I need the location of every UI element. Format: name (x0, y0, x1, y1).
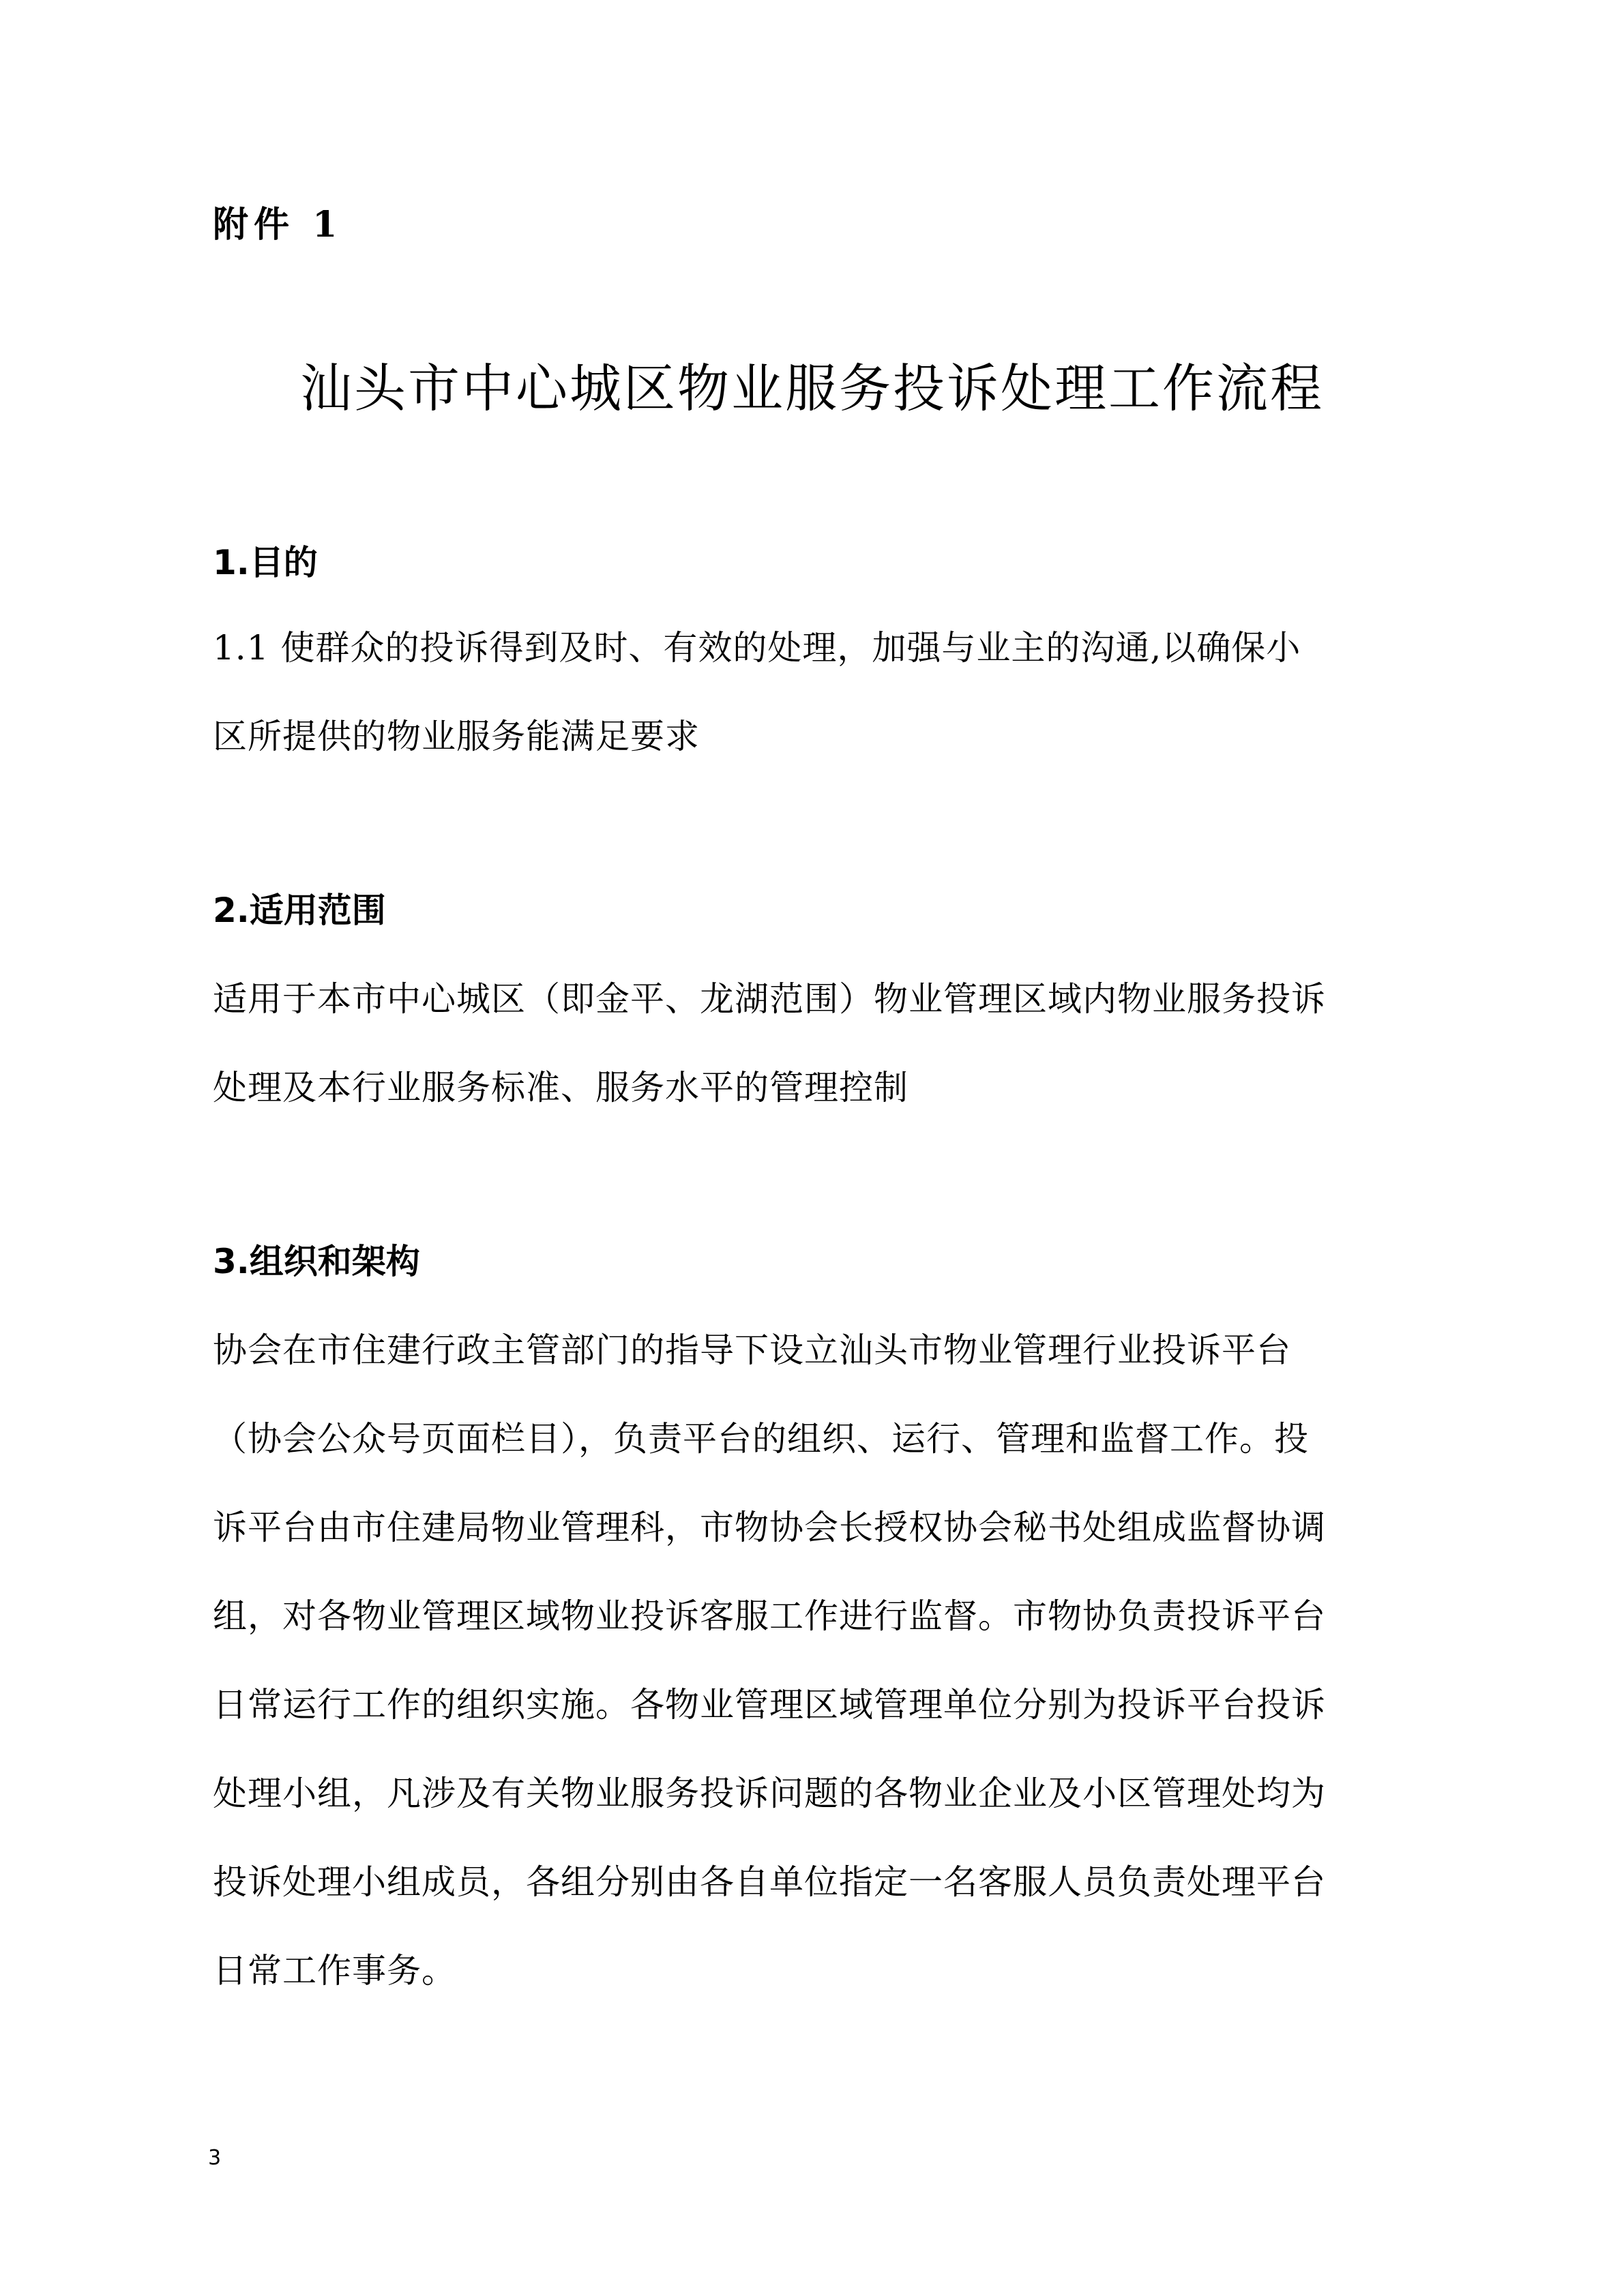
paragraph-line: 组，对各物业管理区域物业投诉客服工作进行监督。市物协负责投诉平台 (213, 1596, 1326, 1637)
paragraph-line: 诉平台由市住建局物业管理科，市物协会长授权协会秘书处组成监督协调 (213, 1507, 1326, 1548)
paragraph-line: （协会公众号页面栏目），负责平台的组织、运行、管理和监督工作。投 (213, 1418, 1309, 1459)
paragraph-line: 投诉处理小组成员，各组分别由各自单位指定一名客服人员负责处理平台 (213, 1862, 1326, 1903)
paragraph-line: 日常运行工作的组织实施。各物业管理区域管理单位分别为投诉平台投诉 (213, 1684, 1326, 1725)
section-heading-scope: 2.适用范围 (213, 890, 386, 931)
paragraph-line: 区所提供的物业服务能满足要求 (213, 716, 700, 757)
paragraph-line: 日常工作事务。 (213, 1950, 456, 1991)
document-title: 汕头市中心城区物业服务投诉处理工作流程 (0, 358, 1624, 419)
paragraph-line: 协会在市住建行政主管部门的指导下设立汕头市物业管理行业投诉平台 (213, 1330, 1291, 1371)
paragraph-line: 1.1 使群众的投诉得到及时、有效的处理，加强与业主的沟通,以确保小 (213, 627, 1301, 668)
attachment-label: 附件 1 (213, 205, 342, 245)
paragraph-line: 适用于本市中心城区（即金平、龙湖范围）物业管理区域内物业服务投诉 (213, 979, 1326, 1019)
paragraph-line: 处理及本行业服务标准、服务水平的管理控制 (213, 1067, 909, 1108)
document-page: 附件 1 汕头市中心城区物业服务投诉处理工作流程 1.目的 1.1 使群众的投诉… (0, 0, 1624, 2296)
section-heading-organization: 3.组织和架构 (213, 1241, 420, 1282)
paragraph-line: 处理小组，凡涉及有关物业服务投诉问题的各物业企业及小区管理处均为 (213, 1773, 1326, 1814)
section-heading-purpose: 1.目的 (213, 542, 318, 583)
page-number: 3 (208, 2145, 221, 2172)
